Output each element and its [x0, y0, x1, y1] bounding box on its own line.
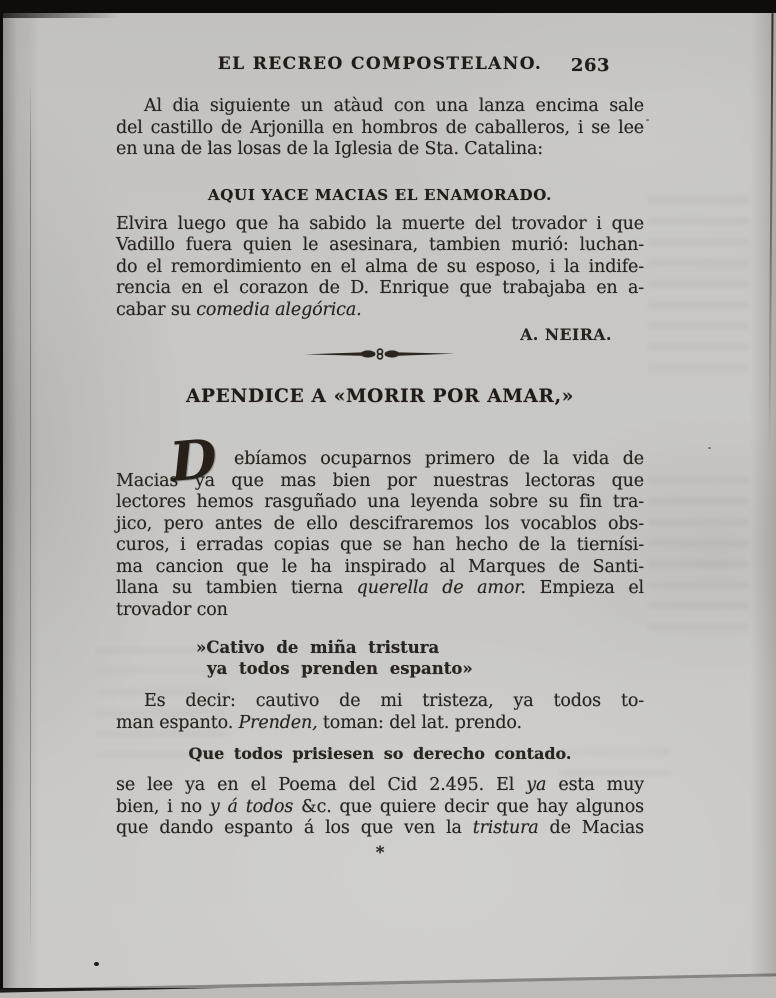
text-line: curos, i erradas copias que se han hecho…: [116, 535, 644, 557]
running-header: EL RECREO COMPOSTELANO. 263: [116, 54, 644, 76]
text-line: lectores hemos rasguñado una leyenda sob…: [116, 492, 644, 514]
body-text: cabar su: [116, 300, 196, 320]
paragraph-debiamos: D ebíamos ocuparnos primero de la vida d…: [116, 449, 644, 621]
paragraph-es-decir: Es decir: cautivo de mi tristeza, ya tod…: [116, 691, 644, 734]
body-text: ebíamos ocuparnos primero de la vida de: [234, 449, 644, 469]
verse-line: ya todos prenden espanto»: [196, 658, 644, 679]
scan-speck: [94, 962, 99, 966]
text-line: rencia en el corazon de D. Enrique que t…: [116, 278, 644, 300]
body-text: Elvira luego que ha sabido la muerte del…: [116, 214, 644, 234]
appendix-title: APENDICE A «MORIR POR AMAR,»: [116, 386, 644, 410]
text-line: jico, pero antes de ello descifraremos l…: [116, 514, 644, 536]
text-column: EL RECREO COMPOSTELANO. 263 Al dia sigui…: [116, 0, 644, 864]
text-line: Elvira luego que ha sabido la muerte del…: [116, 214, 644, 236]
paragraph-elvira: Elvira luego que ha sabido la muerte del…: [116, 214, 644, 322]
body-text: toman: del lat. prendo.: [318, 713, 522, 733]
text-line: ma cancion que le ha inspirado al Marque…: [116, 557, 644, 579]
verse-line: »Cativo de miña tristura: [196, 637, 644, 658]
text-line: man espanto. Prenden, toman: del lat. pr…: [116, 713, 644, 735]
text-line: trovador con: [116, 600, 644, 622]
body-text: Vadillo fuera quien le asesinara, tambie…: [116, 235, 644, 255]
tapered-rule-icon: [305, 347, 455, 361]
body-text: de Macias: [539, 818, 644, 838]
body-text: do el remordimiento en el alma de su esp…: [116, 257, 644, 277]
author-signature: A. NEIRA.: [116, 324, 644, 344]
body-text: man espanto.: [116, 713, 239, 733]
text-line: se lee ya en el Poema del Cid 2.495. El …: [116, 775, 644, 797]
divider-ornament: [116, 346, 644, 360]
text-line: bien, i no y á todos &c. que quiere deci…: [116, 797, 644, 819]
body-text: trovador con: [116, 600, 228, 620]
epitaph-line: AQUI YACE MACIAS EL ENAMORADO.: [116, 185, 644, 205]
cid-quote-line: Que todos prisiesen so derecho contado.: [116, 743, 644, 764]
body-text: Es decir: cautivo de mi tristeza, ya tod…: [144, 691, 644, 711]
body-text: esta muy: [546, 775, 644, 795]
body-text: jico, pero antes de ello descifraremos l…: [116, 514, 644, 534]
italic-text: Prenden,: [239, 713, 318, 733]
text-line: llana su tambien tierna querella de amor…: [116, 578, 644, 600]
body-text: llana su tambien tierna: [116, 578, 357, 598]
italic-text: ya: [526, 775, 546, 795]
paragraph-ataud: Al dia siguiente un atàud con una lanza …: [116, 96, 644, 161]
gutter-crease-line: [30, 80, 31, 958]
text-line: cabar su comedia alegórica.: [116, 300, 644, 322]
page-number: 263: [571, 55, 610, 77]
text-line: que dando espanto á los que ven la trist…: [116, 818, 644, 840]
text-line: del castillo de Arjonilla en hombros de …: [116, 118, 644, 140]
scan-left-edge: [0, 0, 3, 998]
italic-text: querella de amor.: [357, 578, 526, 598]
page-gutter-shadow: [3, 13, 39, 988]
scan-bottom-edge: [0, 968, 776, 998]
body-text: lectores hemos rasguñado una leyenda sob…: [116, 492, 644, 512]
text-line: en una de las losas de la Iglesia de Sta…: [116, 139, 644, 161]
italic-text: tristura: [473, 818, 539, 838]
scan-speck: [646, 119, 649, 121]
journal-title: EL RECREO COMPOSTELANO.: [218, 54, 543, 74]
text-line: do el remordimiento en el alma de su esp…: [116, 257, 644, 279]
body-text: ma cancion que le ha inspirado al Marque…: [116, 557, 644, 577]
text-line: Vadillo fuera quien le asesinara, tambie…: [116, 235, 644, 257]
body-text: Al dia siguiente un atàud con una lanza …: [144, 96, 644, 116]
body-text: se lee ya en el Poema del Cid 2.495. El: [116, 775, 526, 795]
body-text: bien, i no: [116, 797, 210, 817]
paragraph-se-lee: se lee ya en el Poema del Cid 2.495. El …: [116, 775, 644, 840]
body-text: rencia en el corazon de D. Enrique que t…: [116, 278, 644, 298]
body-text: &c. que quiere decir que hay algunos: [293, 797, 644, 817]
text-line: Es decir: cautivo de mi tristeza, ya tod…: [116, 691, 644, 713]
body-text: Empieza el: [526, 578, 644, 598]
text-line: Al dia siguiente un atàud con una lanza …: [116, 96, 644, 118]
signature-mark: *: [116, 843, 644, 865]
body-text: que dando espanto á los que ven la: [116, 818, 473, 838]
ornamental-initial: D: [168, 431, 219, 489]
italic-text: y á todos: [210, 797, 293, 817]
italic-text: comedia alegórica.: [196, 300, 361, 320]
scan-speck: [708, 447, 711, 449]
body-text: en una de las losas de la Iglesia de Sta…: [116, 139, 543, 159]
body-text: curos, i erradas copias que se han hecho…: [116, 535, 644, 555]
body-text: del castillo de Arjonilla en hombros de …: [116, 118, 644, 138]
verse-quote: »Cativo de miña tristura ya todos prende…: [196, 637, 644, 679]
